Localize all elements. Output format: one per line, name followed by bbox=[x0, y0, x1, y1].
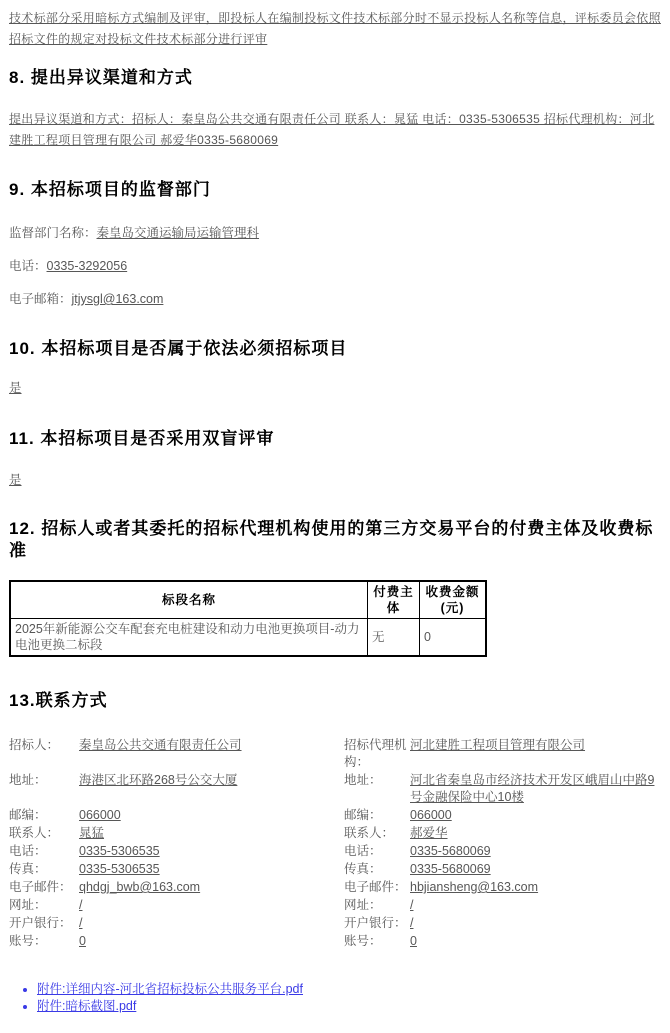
tenderer-phone-label: 电话： bbox=[9, 844, 47, 858]
contact-row-phone: 电话： 0335-5306535 电话： 0335-5680069 bbox=[9, 843, 661, 861]
section-13-heading: 13.联系方式 bbox=[9, 690, 661, 712]
tenderer-label: 招标人： bbox=[9, 738, 59, 752]
agency-bank-label: 开户银行： bbox=[344, 916, 407, 930]
attachment-list-item: 附件:暗标截图.pdf bbox=[37, 998, 661, 1015]
objection-channel-paragraph: 提出异议渠道和方式：招标人：秦皇岛公共交通有限责任公司 联系人：晁猛 电话：03… bbox=[9, 109, 661, 151]
tenderer-address-label: 地址： bbox=[9, 773, 47, 787]
tenderer-website-label: 网址： bbox=[9, 898, 47, 912]
agency-phone-label: 电话： bbox=[344, 844, 382, 858]
tenderer-fax: 0335-5306535 bbox=[79, 862, 160, 876]
double-blind-answer: 是 bbox=[9, 472, 661, 488]
contact-row-address: 地址： 海港区北环路268号公交大厦 地址： 河北省秦皇岛市经济技术开发区峨眉山… bbox=[9, 772, 661, 807]
tenderer-account: 0 bbox=[79, 934, 86, 948]
agency-zip-label: 邮编： bbox=[344, 808, 382, 822]
attachment-list: 附件:详细内容-河北省招标投标公共服务平台.pdf 附件:暗标截图.pdf bbox=[9, 981, 661, 1015]
tenderer-zip: 066000 bbox=[79, 808, 121, 822]
agency-address: 河北省秦皇岛市经济技术开发区峨眉山中路9号金融保险中心10楼 bbox=[410, 773, 654, 804]
agency-account-label: 账号： bbox=[344, 934, 382, 948]
agency-bank: / bbox=[410, 916, 413, 930]
section-12-heading: 12. 招标人或者其委托的招标代理机构使用的第三方交易平台的付费主体及收费标准 bbox=[9, 518, 661, 562]
contact-row-website: 网址： / 网址： / bbox=[9, 897, 661, 915]
fee-header-payer: 付费主体 bbox=[368, 581, 420, 619]
attachment-link-blindbid-screenshot-pdf[interactable]: 附件:暗标截图.pdf bbox=[37, 999, 136, 1013]
supervision-dept-value: 秦皇岛交通运输局运输管理科 bbox=[97, 226, 260, 240]
agency-fax-label: 传真： bbox=[344, 862, 382, 876]
fee-header-amount: 收费金额 (元) bbox=[420, 581, 487, 619]
tenderer-contact-person: 晁猛 bbox=[79, 826, 104, 840]
tenderer-zip-label: 邮编： bbox=[9, 808, 47, 822]
supervision-email-label: 电子邮箱： bbox=[9, 292, 72, 306]
blind-evaluation-notice-paragraph: 技术标部分采用暗标方式编制及评审，即投标人在编制投标文件技术标部分时不显示投标人… bbox=[9, 8, 661, 50]
contact-row-bank: 开户银行： / 开户银行： / bbox=[9, 915, 661, 933]
contact-row-company: 招标人： 秦皇岛公共交通有限责任公司 招标代理机构： 河北建胜工程项目管理有限公… bbox=[9, 737, 661, 772]
tenderer-website: / bbox=[79, 898, 82, 912]
section-8-heading: 8. 提出异议渠道和方式 bbox=[9, 67, 661, 89]
contact-row-person: 联系人： 晁猛 联系人： 郝爱华 bbox=[9, 825, 661, 843]
tender-notice-page: { "colors": { "body_text": "#575757", "h… bbox=[0, 0, 670, 1033]
agency-contact-label: 联系人： bbox=[344, 826, 394, 840]
agency-zip: 066000 bbox=[410, 808, 452, 822]
fee-table-row: 2025年新能源公交车配套充电桩建设和动力电池更换项目-动力电池更换二标段 无 … bbox=[10, 619, 486, 657]
contact-row-account: 账号： 0 账号： 0 bbox=[9, 933, 661, 951]
tenderer-fax-label: 传真： bbox=[9, 862, 47, 876]
supervision-email-value: jtjysgl@163.com bbox=[72, 292, 164, 306]
agency-website: / bbox=[410, 898, 413, 912]
fee-table: 标段名称 付费主体 收费金额 (元) 2025年新能源公交车配套充电桩建设和动力… bbox=[9, 580, 487, 657]
supervision-phone-row: 电话：0335-3292056 bbox=[9, 258, 661, 274]
agency-phone: 0335-5680069 bbox=[410, 844, 491, 858]
attachment-link-detail-pdf[interactable]: 附件:详细内容-河北省招标投标公共服务平台.pdf bbox=[37, 982, 303, 996]
section-10-heading: 10. 本招标项目是否属于依法必须招标项目 bbox=[9, 338, 661, 360]
fee-cell-section-name: 2025年新能源公交车配套充电桩建设和动力电池更换项目-动力电池更换二标段 bbox=[10, 619, 368, 657]
tenderer-account-label: 账号： bbox=[9, 934, 47, 948]
attachment-list-item: 附件:详细内容-河北省招标投标公共服务平台.pdf bbox=[37, 981, 661, 998]
contact-row-email: 电子邮件： qhdgj_bwb@163.com 电子邮件： hbjianshen… bbox=[9, 879, 661, 897]
tenderer-bank: / bbox=[79, 916, 82, 930]
supervision-phone-label: 电话： bbox=[9, 259, 47, 273]
contact-row-zip: 邮编： 066000 邮编： 066000 bbox=[9, 807, 661, 825]
tenderer-phone: 0335-5306535 bbox=[79, 844, 160, 858]
supervision-phone-value: 0335-3292056 bbox=[47, 259, 128, 273]
tenderer-bank-label: 开户银行： bbox=[9, 916, 72, 930]
tenderer-email-label: 电子邮件： bbox=[9, 880, 72, 894]
contact-table: 招标人： 秦皇岛公共交通有限责任公司 招标代理机构： 河北建胜工程项目管理有限公… bbox=[9, 737, 661, 951]
agency-account: 0 bbox=[410, 934, 417, 948]
agency-fax: 0335-5680069 bbox=[410, 862, 491, 876]
contact-row-fax: 传真： 0335-5306535 传真： 0335-5680069 bbox=[9, 861, 661, 879]
agency-email: hbjiansheng@163.com bbox=[410, 880, 538, 894]
tenderer-email: qhdgj_bwb@163.com bbox=[79, 880, 200, 894]
supervision-dept-label: 监督部门名称： bbox=[9, 226, 97, 240]
tenderer-contact-label: 联系人： bbox=[9, 826, 59, 840]
agency-email-label: 电子邮件： bbox=[344, 880, 407, 894]
agency-website-label: 网址： bbox=[344, 898, 382, 912]
section-11-heading: 11. 本招标项目是否采用双盲评审 bbox=[9, 428, 661, 450]
fee-cell-payer: 无 bbox=[368, 619, 420, 657]
tenderer-name: 秦皇岛公共交通有限责任公司 bbox=[79, 738, 242, 752]
tenderer-address: 海港区北环路268号公交大厦 bbox=[79, 773, 237, 787]
fee-header-section-name: 标段名称 bbox=[10, 581, 368, 619]
fee-table-header-row: 标段名称 付费主体 收费金额 (元) bbox=[10, 581, 486, 619]
supervision-email-row: 电子邮箱：jtjysgl@163.com bbox=[9, 291, 661, 307]
supervision-dept-row: 监督部门名称：秦皇岛交通运输局运输管理科 bbox=[9, 225, 661, 241]
section-9-heading: 9. 本招标项目的监督部门 bbox=[9, 179, 661, 201]
mandatory-tender-answer: 是 bbox=[9, 380, 661, 396]
agency-contact-person: 郝爱华 bbox=[410, 826, 448, 840]
agency-address-label: 地址： bbox=[344, 773, 382, 787]
agency-label: 招标代理机构： bbox=[344, 738, 407, 769]
fee-cell-amount: 0 bbox=[420, 619, 487, 657]
agency-name: 河北建胜工程项目管理有限公司 bbox=[410, 738, 585, 752]
